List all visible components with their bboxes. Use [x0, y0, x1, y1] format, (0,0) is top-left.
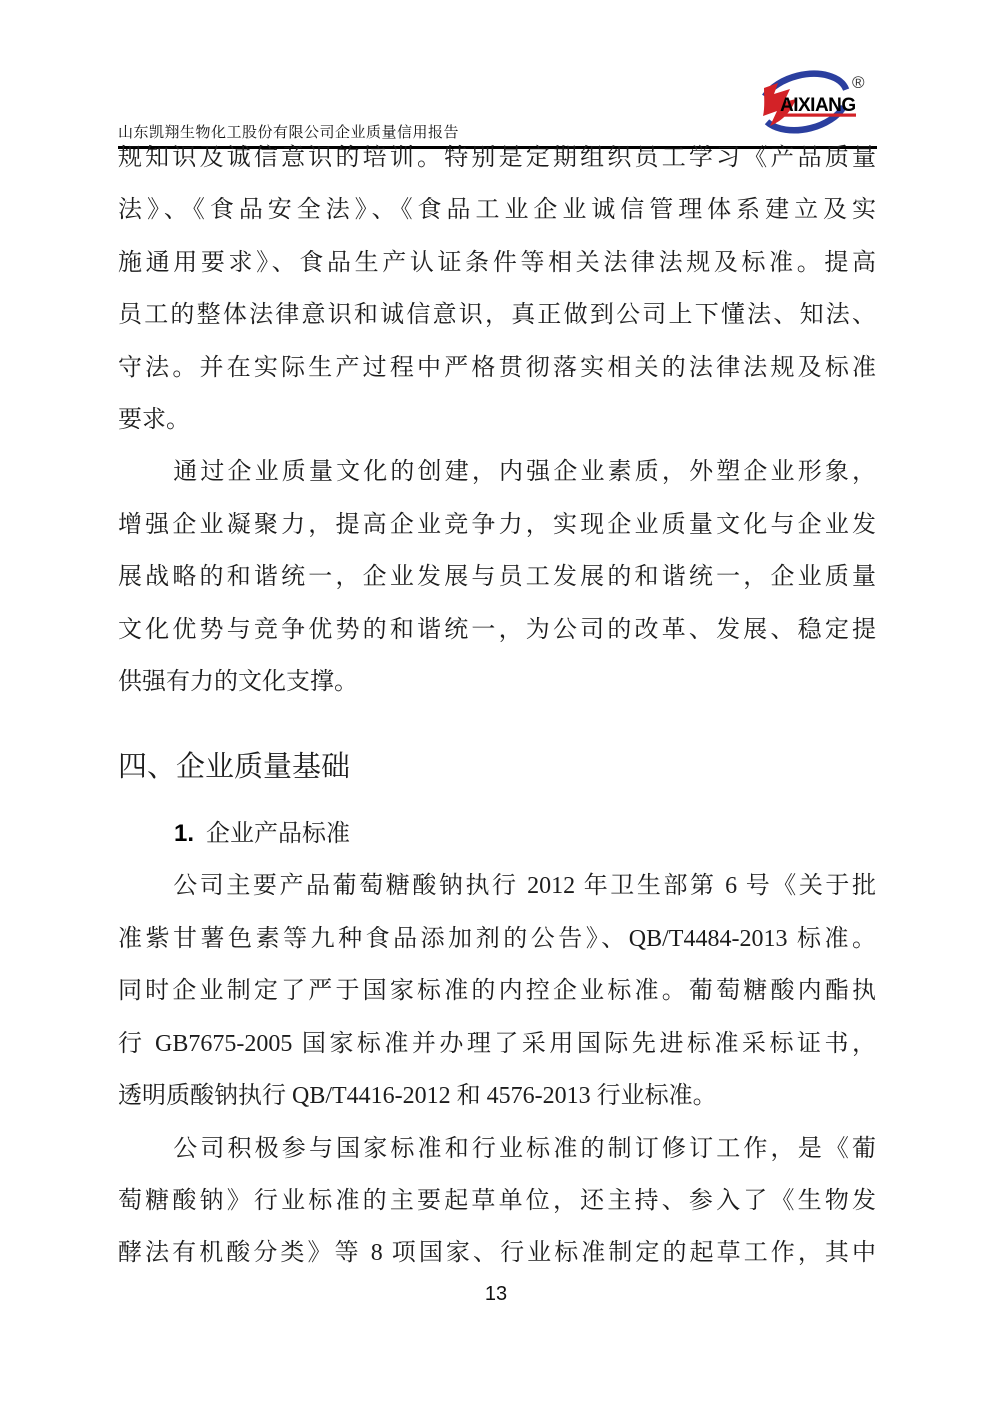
paragraph-line: 文化优势与竞争优势的和谐统一，为公司的改革、发展、稳定提: [118, 604, 876, 656]
subsection-heading-product-standards: 1.企业产品标准: [118, 812, 876, 856]
paragraph-line: 准紫甘薯色素等九种食品添加剂的公告》、QB/T4484-2013 标准。: [118, 913, 876, 965]
paragraph-line: 公司积极参与国家标准和行业标准的制订修订工作，是《葡: [118, 1123, 876, 1175]
footer-page-number: 13: [0, 1280, 992, 1308]
paragraph-line: 增强企业凝聚力，提高企业竞争力，实现企业质量文化与企业发: [118, 499, 876, 551]
paragraph-quality-culture: 通过企业质量文化的创建，内强企业素质，外塑企业形象， 增强企业凝聚力，提高企业竞…: [118, 446, 876, 708]
paragraph-line: 同时企业制定了严于国家标准的内控企业标准。葡萄糖酸内酯执: [118, 965, 876, 1017]
paragraph-line: 要求。: [118, 394, 876, 446]
paragraph-line: 守法。并在实际生产过程中严格贯彻落实相关的法律法规及标准: [118, 342, 876, 394]
paragraph-line: 施通用要求》、食品生产认证条件等相关法律法规及标准。提高: [118, 237, 876, 289]
paragraph-line: 供强有力的文化支撑。: [118, 656, 876, 708]
paragraph-line: 萄糖酸钠》行业标准的主要起草单位，还主持、参入了《生物发: [118, 1175, 876, 1227]
paragraph-line: 行 GB7675-2005 国家标准并办理了采用国际先进标准采标证书，: [118, 1018, 876, 1070]
document-page: 山东凯翔生物化工股份有限公司企业质量信用报告 AIXIANG ® 规知识及诚信意…: [0, 0, 992, 1403]
paragraph-line: 透明质酸钠执行 QB/T4416-2012 和 4576-2013 行业标准。: [118, 1070, 876, 1122]
paragraph-standards-drafting: 公司积极参与国家标准和行业标准的制订修订工作，是《葡 萄糖酸钠》行业标准的主要起…: [118, 1123, 876, 1280]
subsection-number: 1.: [174, 820, 194, 847]
document-body: 规知识及诚信意识的培训。特别是定期组织员工学习《产品质量 法》、《食品安全法》、…: [118, 132, 876, 1280]
registered-trademark-icon: ®: [852, 73, 865, 92]
paragraph-line: 员工的整体法律意识和诚信意识，真正做到公司上下懂法、知法、: [118, 289, 876, 341]
logo-underline: [784, 114, 856, 117]
section-heading-quality-foundation: 四、企业质量基础: [118, 744, 876, 790]
paragraph-line: 酵法有机酸分类》等 8 项国家、行业标准制定的起草工作，其中: [118, 1227, 876, 1279]
paragraph-line: 法》、《食品安全法》、《食品工业企业诚信管理体系建立及实: [118, 184, 876, 236]
paragraph-product-standards: 公司主要产品葡萄糖酸钠执行 2012 年卫生部第 6 号《关于批 准紫甘薯色素等…: [118, 860, 876, 1122]
paragraph-line: 公司主要产品葡萄糖酸钠执行 2012 年卫生部第 6 号《关于批: [118, 860, 876, 912]
paragraph-line: 展战略的和谐统一，企业发展与员工发展的和谐统一，企业质量: [118, 551, 876, 603]
paragraph-legal-training: 规知识及诚信意识的培训。特别是定期组织员工学习《产品质量 法》、《食品安全法》、…: [118, 132, 876, 446]
logo-brand-text: AIXIANG: [780, 95, 856, 116]
subsection-title: 企业产品标准: [206, 821, 350, 847]
kaixiang-logo: AIXIANG ®: [754, 64, 870, 138]
paragraph-line: 规知识及诚信意识的培训。特别是定期组织员工学习《产品质量: [118, 132, 876, 184]
paragraph-line: 通过企业质量文化的创建，内强企业素质，外塑企业形象，: [118, 446, 876, 498]
